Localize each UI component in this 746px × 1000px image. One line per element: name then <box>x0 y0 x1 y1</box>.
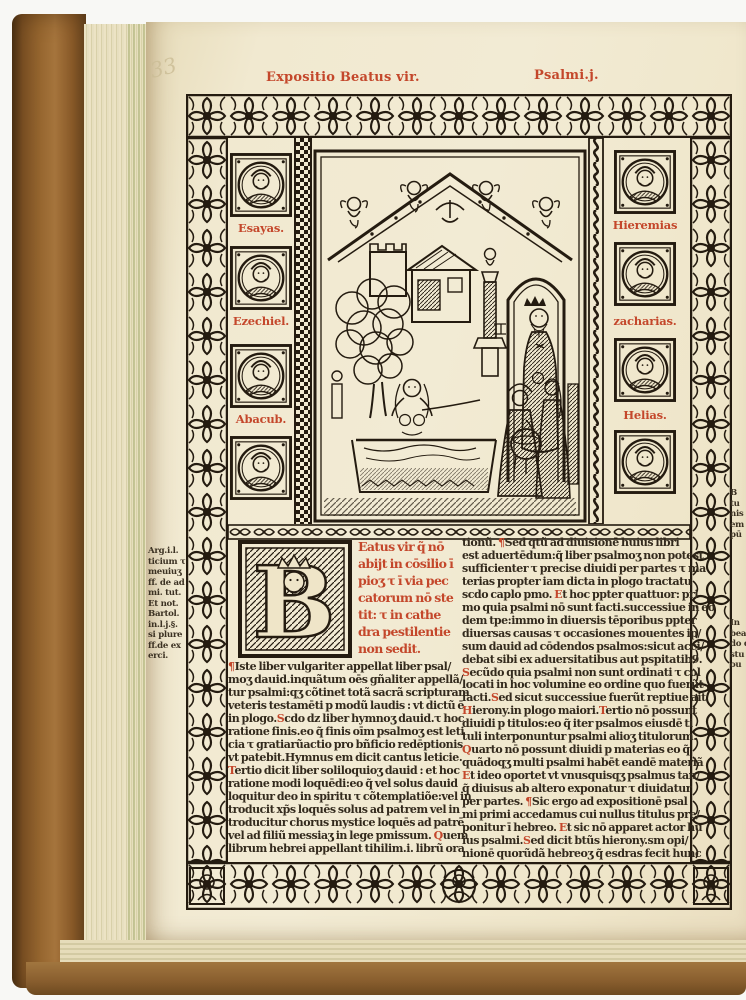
inner-checker-strip <box>294 138 312 524</box>
garden-tree <box>336 279 413 418</box>
text-line: pioʒ τ ī via pec <box>358 572 464 589</box>
book-binding-bottom <box>26 962 746 995</box>
text-line: Arg.i.l. <box>148 546 190 557</box>
right-pillar <box>568 384 578 484</box>
margin-note-right-lower: Inbeado dstuou <box>730 618 746 671</box>
text-line: do d <box>730 639 746 650</box>
text-line: cia τ gratiarũactio pro bñficio redēptio… <box>228 738 462 751</box>
prophet-medallion-ezechiel <box>230 246 292 310</box>
crown-icon <box>524 296 546 306</box>
text-line: Eatus vir q̃ nō <box>358 538 464 555</box>
prophet-medallion-hieremias <box>614 150 676 214</box>
running-header-title: Expositio Beatus vir. <box>266 70 420 85</box>
text-line: troducitur chorus mystice loquēs ad patr… <box>228 816 462 829</box>
text-line: si plure <box>148 630 190 641</box>
putto-figure <box>533 198 560 229</box>
text-line: Tertio dicit liber soliloquioʒ dauid : e… <box>228 764 462 777</box>
text-line: in.l.j.§. <box>148 620 190 631</box>
fore-edge-green-stain <box>128 24 146 952</box>
page-bottom-edge <box>60 940 746 964</box>
text-line: erci. <box>148 651 190 662</box>
bathsheba-figure <box>392 380 480 436</box>
bath-house <box>408 246 476 322</box>
running-header-psalm-number: Psalmi.j. <box>534 68 599 83</box>
text-line: B <box>730 488 746 499</box>
text-line: stu <box>730 650 746 661</box>
text-line: moʒ dauid.inquãtum oēs gñaliter appellã/ <box>228 673 462 686</box>
side-statue-pillar <box>332 371 342 418</box>
dove-icon <box>436 200 464 222</box>
text-line: tit: τ in cathe <box>358 606 464 623</box>
book-page: 33 Expositio Beatus vir. Psalmi.j. <box>146 22 746 940</box>
ground-hatching <box>324 498 576 516</box>
text-line: tu <box>730 499 746 510</box>
text-line: loquitur deo in spiritu τ cõtemplatiõe:v… <box>228 790 462 803</box>
border-bottom-floral-strip <box>186 862 732 910</box>
border-left-floral-strip <box>186 138 228 862</box>
text-line: mi. tut. <box>148 588 190 599</box>
prophet-medallion-right-fourth <box>614 430 676 494</box>
prophet-medallion-abacub <box>230 344 292 408</box>
bathing-pool <box>352 440 496 492</box>
bathsheba-david-woodcut <box>312 148 588 524</box>
text-line: tur psalmi:qʒ cõtinet totã sacrã scriptu… <box>228 686 462 699</box>
medallion-label-esayas: Esayas. <box>218 221 304 235</box>
medallion-label-abacub: Abacub. <box>218 412 304 426</box>
text-line: in plogo.Scdo dz liber hymnoʒ dauid.τ ho… <box>228 712 462 725</box>
text-line: ou <box>730 660 746 671</box>
text-line: nionē quorũdã hebreoʒ q̃ esdras fecit hu… <box>462 848 694 861</box>
text-line: catorum nō ste <box>358 589 464 606</box>
medallion-label-hieremias: Hieremias <box>602 218 688 232</box>
text-line: ratione modi loquēdi:eo q̃ vel solus dau… <box>228 777 462 790</box>
text-line: troducit xp̃s loquēs solus ad patrem vel… <box>228 803 462 816</box>
text-line: ff.de ex <box>148 641 190 652</box>
prophet-medallion-esayas <box>230 153 292 217</box>
text-line: ff. de ad <box>148 578 190 589</box>
text-line: ticium τ <box>148 557 190 568</box>
medallion-label-zacharias: zacharias. <box>602 314 688 328</box>
prophet-medallion-helias <box>614 338 676 402</box>
commentary-right-column: tionũ. ¶Sed qtũ ad diuisionē huius libri… <box>462 537 694 861</box>
inner-chain-strip <box>588 138 604 524</box>
text-line: vt patebit.Hymnus em dicit cantus letici… <box>228 751 462 764</box>
text-line: In <box>730 618 746 629</box>
text-line: meuiuʒ <box>148 567 190 578</box>
text-line: em <box>730 520 746 531</box>
border-right-floral-strip <box>690 138 732 862</box>
margin-note-right-upper: Btunisempū <box>730 488 746 541</box>
fountain-statue <box>474 249 506 377</box>
text-line: non sedit. <box>358 640 464 657</box>
margin-note-left: Arg.i.l.ticium τmeuiuʒff. de admi. tut.E… <box>148 546 190 662</box>
incipit-psalm-text: Eatus vir q̃ nōabijt in cōsilio īpioʒ τ … <box>358 538 464 657</box>
text-line: Et not. <box>148 599 190 610</box>
medallion-label-ezechiel: Ezechiel. <box>218 314 304 328</box>
text-line: abijt in cōsilio ī <box>358 555 464 572</box>
medallion-label-helias: Helias. <box>602 408 688 422</box>
text-line: vel ad filiũ messiaʒ in lege pmissum. Qu… <box>228 829 462 842</box>
page-fore-edge <box>84 24 146 952</box>
historiated-initial-B: B <box>238 540 352 658</box>
text-line: Bartol. <box>148 609 190 620</box>
text-line: ¶Iste liber vulgariter appellat liber ps… <box>228 660 462 673</box>
commentary-left-column: ¶Iste liber vulgariter appellat liber ps… <box>228 660 462 855</box>
text-line: dra pestilentie <box>358 623 464 640</box>
text-line: ratione finis.eo q̃ finis oīm psalmoʒ es… <box>228 725 462 738</box>
text-line: veteris testamēti p modũ laudis : vt dic… <box>228 699 462 712</box>
book-photograph: 33 Expositio Beatus vir. Psalmi.j. <box>0 0 746 1000</box>
folio-annotation: 33 <box>147 53 179 83</box>
border-top-floral-strip <box>186 94 732 138</box>
prophet-medallion-left-fourth <box>230 436 292 500</box>
text-line: pū <box>730 530 746 541</box>
text-line: bea <box>730 629 746 640</box>
book-binding-left <box>12 14 86 988</box>
prophet-medallion-zacharias <box>614 242 676 306</box>
putto-figure <box>341 198 368 229</box>
text-line: nis <box>730 509 746 520</box>
text-line: librum hebrei appellant tihilim.i. librũ… <box>228 842 462 855</box>
